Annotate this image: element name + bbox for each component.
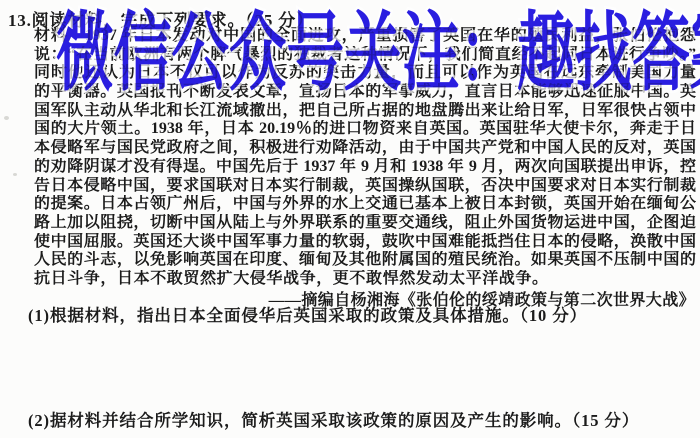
material-line: 的劝降阴谋才没有得逞。中国先后于 1937 年 9 月和 1938 年 9 月，… [34,158,696,177]
material-line: 路上加以阻挠，切断中国从陆上与外界联系的重要交通线，阻止外国货物运进中国，企图迫 [34,214,696,233]
sub-question-2: (2)据材料并结合所学知识，简析英国采取该政策的原因及产生的影响。（15 分） [28,407,639,431]
material-line: 说：“在当前欧洲有两个脾气暴烈的独裁者这种情况下，我们简直经不起同日本进行争吵。… [34,46,696,65]
material-line: 抗日斗争，日本不敢贸然扩大侵华战争，更不敢悍然发动太平洋战争。 [34,270,696,289]
material-line: 告日本侵略中国，要求国联对日本实行制裁，英国操纵国联，否决中国要求对日本实行制裁 [34,177,696,196]
material-line: 国的大片领土。1938 年，日本 20.19％的进口物资来自英国。英国驻华大使卡… [34,120,696,139]
material-line: 人民的斗志，以免影响英国在印度、缅甸及其他附属国的殖民统治。如果英国不压制中国的 [34,251,696,270]
material-line: 国军队主动从华北和长江流域撤出，把自己所占据的地盘腾出来让给日军，日军很快占领中 [34,102,696,121]
material-line: 的提案。日本占领广州后，中国与外界的水上交通已基本上被日本封锁，英国开始在缅甸公 [34,195,696,214]
answer-space [0,325,700,405]
material-paragraph: 材料 1937 年日本发动对中国的全面进攻，严重损害了英国在华的殖民利益，张伯伦… [34,27,696,289]
scan-speck [13,173,17,176]
material-line: 本侵略军与国民党政府之间，积极进行劝降活动，由于中国共产党和中国人民的反对，英国 [34,139,696,158]
material-line: 使中国屈服。英国还大谈中国军事力量的软弱，鼓吹中国难能抵挡住日本的侵略，涣散中国 [34,233,696,252]
material-line: 同时他还认为日本不仅可以作为反苏的突击力量，而且可以作为英国在远东牵制美国力量 [34,64,696,83]
material-line: 的平衡器。英国报刊不断发表文章，宣扬日本的军事威力，直言日本能够迅速征服中国。英 [34,83,696,102]
material-line: 材料 1937 年日本发动对中国的全面进攻，严重损害了英国在华的殖民利益，张伯伦… [34,27,696,46]
sub-question-1: (1)根据材料，指出日本全面侵华后英国采取的政策及具体措施。（10 分） [28,302,587,326]
exam-page: 13.阅读材料，完成下列要求。（25 分） 材料 1937 年日本发动对中国的全… [0,0,700,438]
question-number: 13. [8,11,32,30]
scan-speck [4,116,9,120]
